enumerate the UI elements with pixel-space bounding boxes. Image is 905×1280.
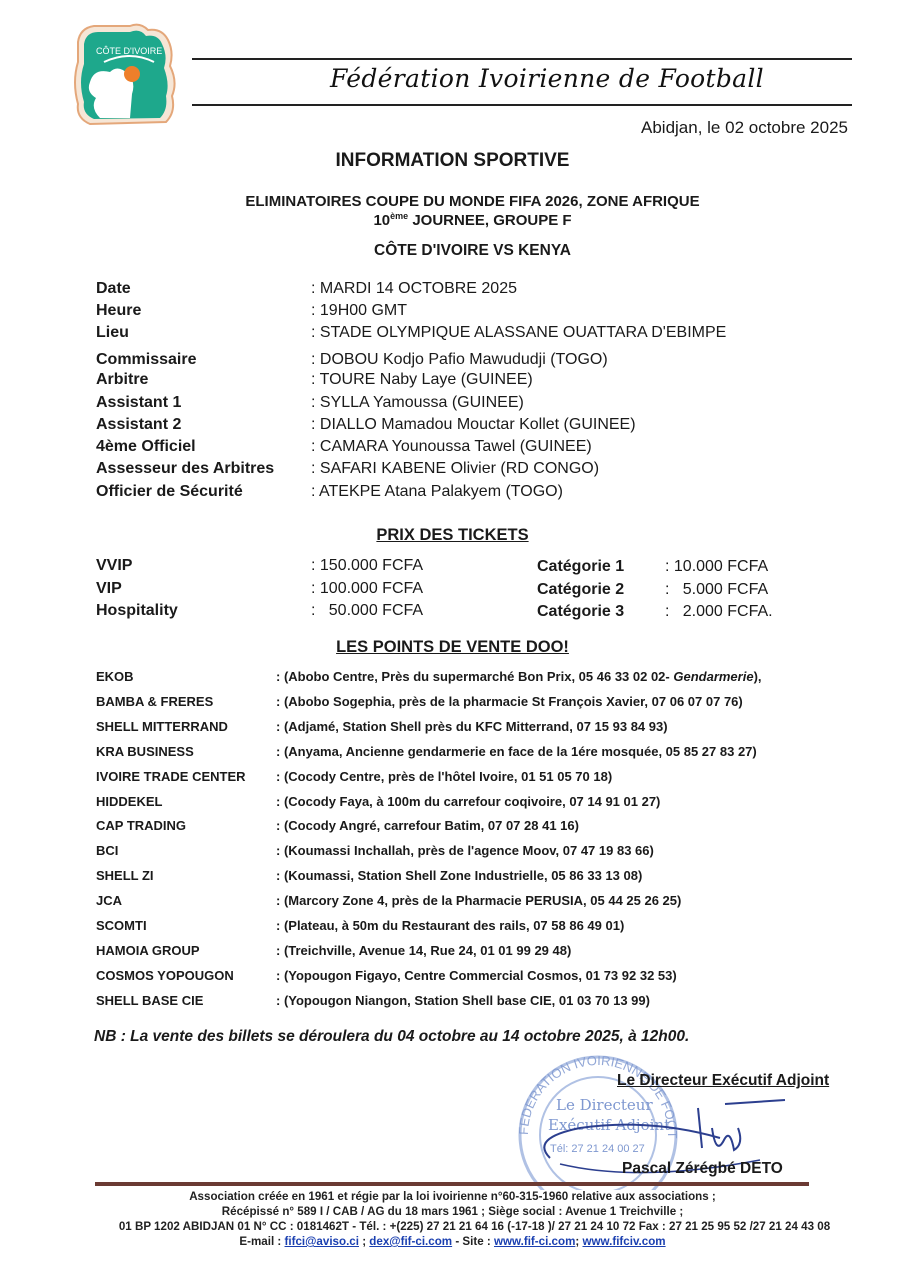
fif-logo: CÔTE D'IVOIRE <box>70 22 182 128</box>
pos-address: : (Koumassi, Station Shell Zone Industri… <box>276 868 642 883</box>
separator: ; <box>359 1235 369 1248</box>
footer-rule <box>95 1182 809 1186</box>
pos-address-text: : (Adjamé, Station Shell près du KFC Mit… <box>276 719 668 734</box>
pos-address: : (Cocody Angré, carrefour Batim, 07 07 … <box>276 818 579 833</box>
tickets-title: PRIX DES TICKETS <box>0 526 905 545</box>
info-label: Assesseur des Arbitres <box>96 460 274 478</box>
email-link-fifci[interactable]: fifci@aviso.ci <box>285 1235 359 1248</box>
pos-name: SCOMTI <box>96 918 147 933</box>
info-value: : 19H00 GMT <box>311 302 407 320</box>
ticket-price: : 2.000 FCFA. <box>665 603 773 621</box>
info-value: : ATEKPE Atana Palakyem (TOGO) <box>311 483 563 501</box>
pos-address: : (Plateau, à 50m du Restaurant des rail… <box>276 918 624 933</box>
pos-name: CAP TRADING <box>96 818 186 833</box>
pos-address-text: : (Abobo Centre, Près du supermarché Bon… <box>276 669 673 684</box>
pos-address-text: : (Koumassi Inchallah, près de l'agence … <box>276 843 654 858</box>
footer-contact: E-mail : fifci@aviso.ci ; dex@fif-ci.com… <box>0 1235 905 1248</box>
pos-address-text: : (Abobo Sogephia, près de la pharmacie … <box>276 694 743 709</box>
matchday-text: JOURNEE, GROUPE F <box>408 212 571 229</box>
logo-text: CÔTE D'IVOIRE <box>96 46 162 56</box>
site-link-fifciv[interactable]: www.fifciv.com <box>582 1235 665 1248</box>
pos-address-text: : (Yopougon Niangon, Station Shell base … <box>276 993 650 1008</box>
info-value: : CAMARA Younoussa Tawel (GUINEE) <box>311 438 592 456</box>
email-link-dex[interactable]: dex@fif-ci.com <box>369 1235 452 1248</box>
header-rule-top <box>192 58 852 60</box>
info-value: : TOURE Naby Laye (GUINEE) <box>311 371 533 389</box>
matchday-suffix: ème <box>390 211 408 221</box>
footer-line3: 01 BP 1202 ABIDJAN 01 N° CC : 0181462T -… <box>22 1220 905 1233</box>
ticket-category: Catégorie 3 <box>537 603 624 621</box>
ticket-category: Hospitality <box>96 602 178 620</box>
ticket-category: Catégorie 1 <box>537 558 624 576</box>
pos-address-tail: ), <box>754 669 762 684</box>
pos-address: : (Koumassi Inchallah, près de l'agence … <box>276 843 654 858</box>
competition-name: ELIMINATOIRES COUPE DU MONDE FIFA 2026, … <box>0 193 905 210</box>
pos-name: SHELL MITTERRAND <box>96 719 228 734</box>
info-label: Assistant 2 <box>96 416 181 434</box>
pos-name: EKOB <box>96 669 134 684</box>
info-value: : STADE OLYMPIQUE ALASSANE OUATTARA D'EB… <box>311 324 726 342</box>
pos-name: IVOIRE TRADE CENTER <box>96 769 246 784</box>
pos-address-text: : (Cocody Centre, près de l'hôtel Ivoire… <box>276 769 612 784</box>
place-date: Abidjan, le 02 octobre 2025 <box>641 118 848 138</box>
info-value: : DIALLO Mamadou Mouctar Kollet (GUINEE) <box>311 416 636 434</box>
site-label: - Site : <box>452 1235 494 1248</box>
ticket-price: : 50.000 FCFA <box>311 602 423 620</box>
ticket-price: : 10.000 FCFA <box>665 558 768 576</box>
points-of-sale-title: LES POINTS DE VENTE DOO! <box>0 638 905 657</box>
match-title: CÔTE D'IVOIRE VS KENYA <box>0 242 905 260</box>
pos-name: KRA BUSINESS <box>96 744 194 759</box>
ticket-category: VIP <box>96 580 122 598</box>
pos-address: : (Abobo Centre, Près du supermarché Bon… <box>276 669 762 684</box>
pos-address: : (Cocody Faya, à 100m du carrefour coqi… <box>276 794 660 809</box>
ticket-price: : 150.000 FCFA <box>311 557 423 575</box>
pos-address-text: : (Yopougon Figayo, Centre Commercial Co… <box>276 968 677 983</box>
pos-address: : (Treichville, Avenue 14, Rue 24, 01 01… <box>276 943 571 958</box>
email-label: E-mail : <box>239 1235 284 1248</box>
pos-name: COSMOS YOPOUGON <box>96 968 234 983</box>
pos-name: BCI <box>96 843 118 858</box>
matchday-group: 10ème JOURNEE, GROUPE F <box>0 211 905 229</box>
pos-name: JCA <box>96 893 122 908</box>
matchday-number: 10 <box>373 212 390 229</box>
info-label: Commissaire <box>96 351 197 369</box>
footer-line1: Association créée en 1961 et régie par l… <box>0 1190 905 1203</box>
header-rule-bottom <box>192 104 852 106</box>
info-value: : SAFARI KABENE Olivier (RD CONGO) <box>311 460 599 478</box>
ticket-category: Catégorie 2 <box>537 581 624 599</box>
signatory-name: Pascal Zérégbé DETO <box>622 1160 783 1178</box>
pos-name: HAMOIA GROUP <box>96 943 200 958</box>
pos-address: : (Marcory Zone 4, près de la Pharmacie … <box>276 893 681 908</box>
pos-name: SHELL BASE CIE <box>96 993 203 1008</box>
info-value: : DOBOU Kodjo Pafio Mawududji (TOGO) <box>311 351 608 369</box>
ticket-price: : 5.000 FCFA <box>665 581 768 599</box>
pos-address-text: : (Plateau, à 50m du Restaurant des rail… <box>276 918 624 933</box>
info-value: : SYLLA Yamoussa (GUINEE) <box>311 394 524 412</box>
info-value: : MARDI 14 OCTOBRE 2025 <box>311 280 517 298</box>
site-link-fif-ci[interactable]: www.fif-ci.com <box>494 1235 575 1248</box>
pos-address-text: : (Marcory Zone 4, près de la Pharmacie … <box>276 893 681 908</box>
pos-address: : (Yopougon Niangon, Station Shell base … <box>276 993 650 1008</box>
pos-address-text: : (Koumassi, Station Shell Zone Industri… <box>276 868 642 883</box>
ticket-category: VVIP <box>96 557 132 575</box>
pos-name: SHELL ZI <box>96 868 154 883</box>
pos-address-text: : (Anyama, Ancienne gendarmerie en face … <box>276 744 757 759</box>
pos-address: : (Yopougon Figayo, Centre Commercial Co… <box>276 968 677 983</box>
info-label: Heure <box>96 302 141 320</box>
pos-address-italic: Gendarmerie <box>673 669 753 684</box>
pos-address-text: : (Cocody Angré, carrefour Batim, 07 07 … <box>276 818 579 833</box>
pos-address: : (Cocody Centre, près de l'hôtel Ivoire… <box>276 769 612 784</box>
footer-line2: Récépissé n° 589 I / CAB / AG du 18 mars… <box>0 1205 905 1218</box>
pos-address-text: : (Cocody Faya, à 100m du carrefour coqi… <box>276 794 660 809</box>
info-label: Date <box>96 280 131 298</box>
ticket-price: : 100.000 FCFA <box>311 580 423 598</box>
pos-name: HIDDEKEL <box>96 794 162 809</box>
info-label: Lieu <box>96 324 129 342</box>
document-title: INFORMATION SPORTIVE <box>0 150 905 172</box>
info-label: Arbitre <box>96 371 148 389</box>
pos-address: : (Anyama, Ancienne gendarmerie en face … <box>276 744 757 759</box>
info-label: 4ème Officiel <box>96 438 196 456</box>
pos-address: : (Adjamé, Station Shell près du KFC Mit… <box>276 719 668 734</box>
federation-name: Fédération Ivoirienne de Football <box>330 64 764 93</box>
pos-address-text: : (Treichville, Avenue 14, Rue 24, 01 01… <box>276 943 571 958</box>
info-label: Officier de Sécurité <box>96 483 243 501</box>
pos-address: : (Abobo Sogephia, près de la pharmacie … <box>276 694 743 709</box>
pos-name: BAMBA & FRERES <box>96 694 213 709</box>
info-label: Assistant 1 <box>96 394 181 412</box>
